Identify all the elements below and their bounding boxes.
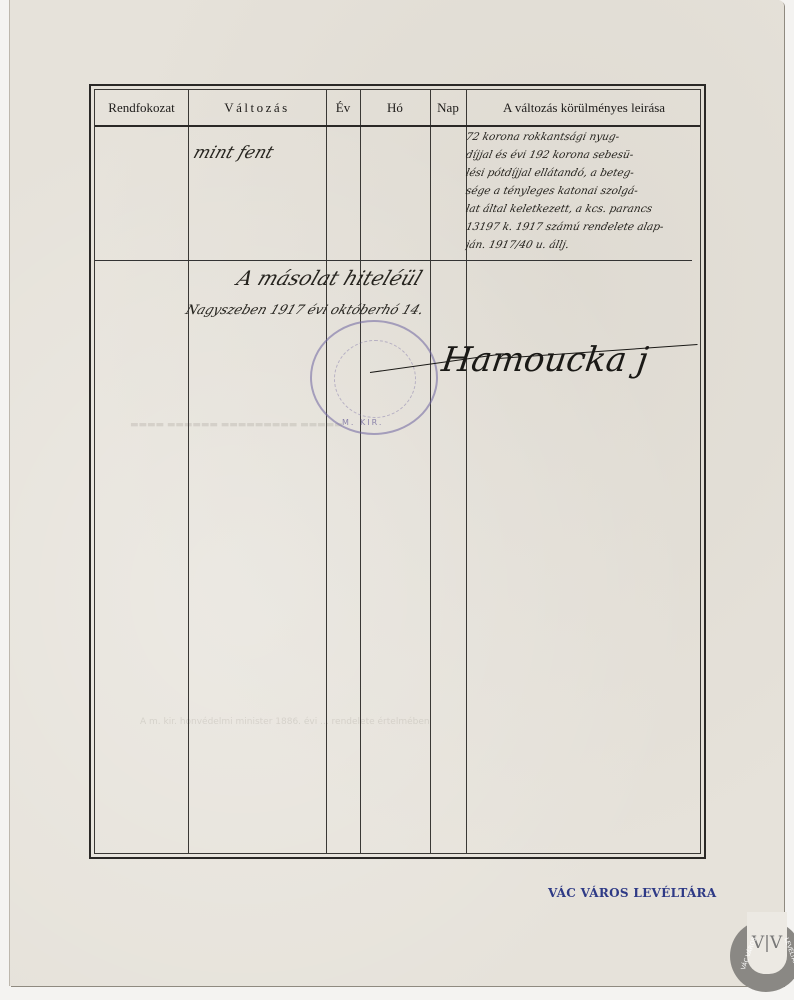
description-line: ján. 1917/40 u. állj. <box>464 236 704 254</box>
column-header-leiras: A változás körülményes leirása <box>466 90 702 125</box>
handwritten-description: 72 korona rokkantsági nyug- díjjal és év… <box>466 128 702 254</box>
description-line: 72 korona rokkantsági nyug- <box>464 128 704 146</box>
signature: Hamoucka j <box>439 340 650 380</box>
column-divider <box>326 90 327 853</box>
column-divider <box>430 90 431 853</box>
column-divider <box>188 90 189 853</box>
column-header-rendfokozat: Rendfokozat <box>95 90 188 125</box>
certification-place-date: Nagyszeben 1917 évi októberhó 14. <box>183 303 426 318</box>
seal-text: M. KIR. <box>342 418 383 427</box>
document-page: ▬▬▬▬ ▬▬▬▬▬▬ ▬▬▬▬▬▬▬▬▬ ▬▬▬▬▬ A m. kir. ho… <box>10 0 784 986</box>
description-line: lat által keletkezett, a kcs. parancs <box>464 200 704 218</box>
description-line: díjjal és évi 192 korona sebesü- <box>464 146 704 164</box>
handwritten-change-entry: mint fent <box>191 143 276 163</box>
column-header-nap: Nap <box>430 90 466 125</box>
seal-inner-ring <box>334 340 416 418</box>
header-divider <box>95 125 700 127</box>
column-header-ho: Hó <box>360 90 430 125</box>
column-divider <box>360 90 361 853</box>
archive-stamp: VÁC VÁROS LEVÉLTÁRA <box>548 886 716 900</box>
description-line: 13197 k. 1917 számú rendelete alap- <box>464 218 704 236</box>
official-seal: M. KIR. <box>310 320 438 435</box>
archive-logo-icon: V|V VÁC VÁROS LEVÉLTÁRA <box>730 920 794 992</box>
description-line: sége a tényleges katonai szolgá- <box>464 182 704 200</box>
description-line: lési pótdíjjal ellátandó, a beteg- <box>464 164 704 182</box>
column-header-ev: Év <box>326 90 360 125</box>
column-header-valtozas: Változás <box>188 90 326 125</box>
row-divider <box>95 260 692 261</box>
certification-heading: A másolat hiteléül <box>234 266 426 290</box>
